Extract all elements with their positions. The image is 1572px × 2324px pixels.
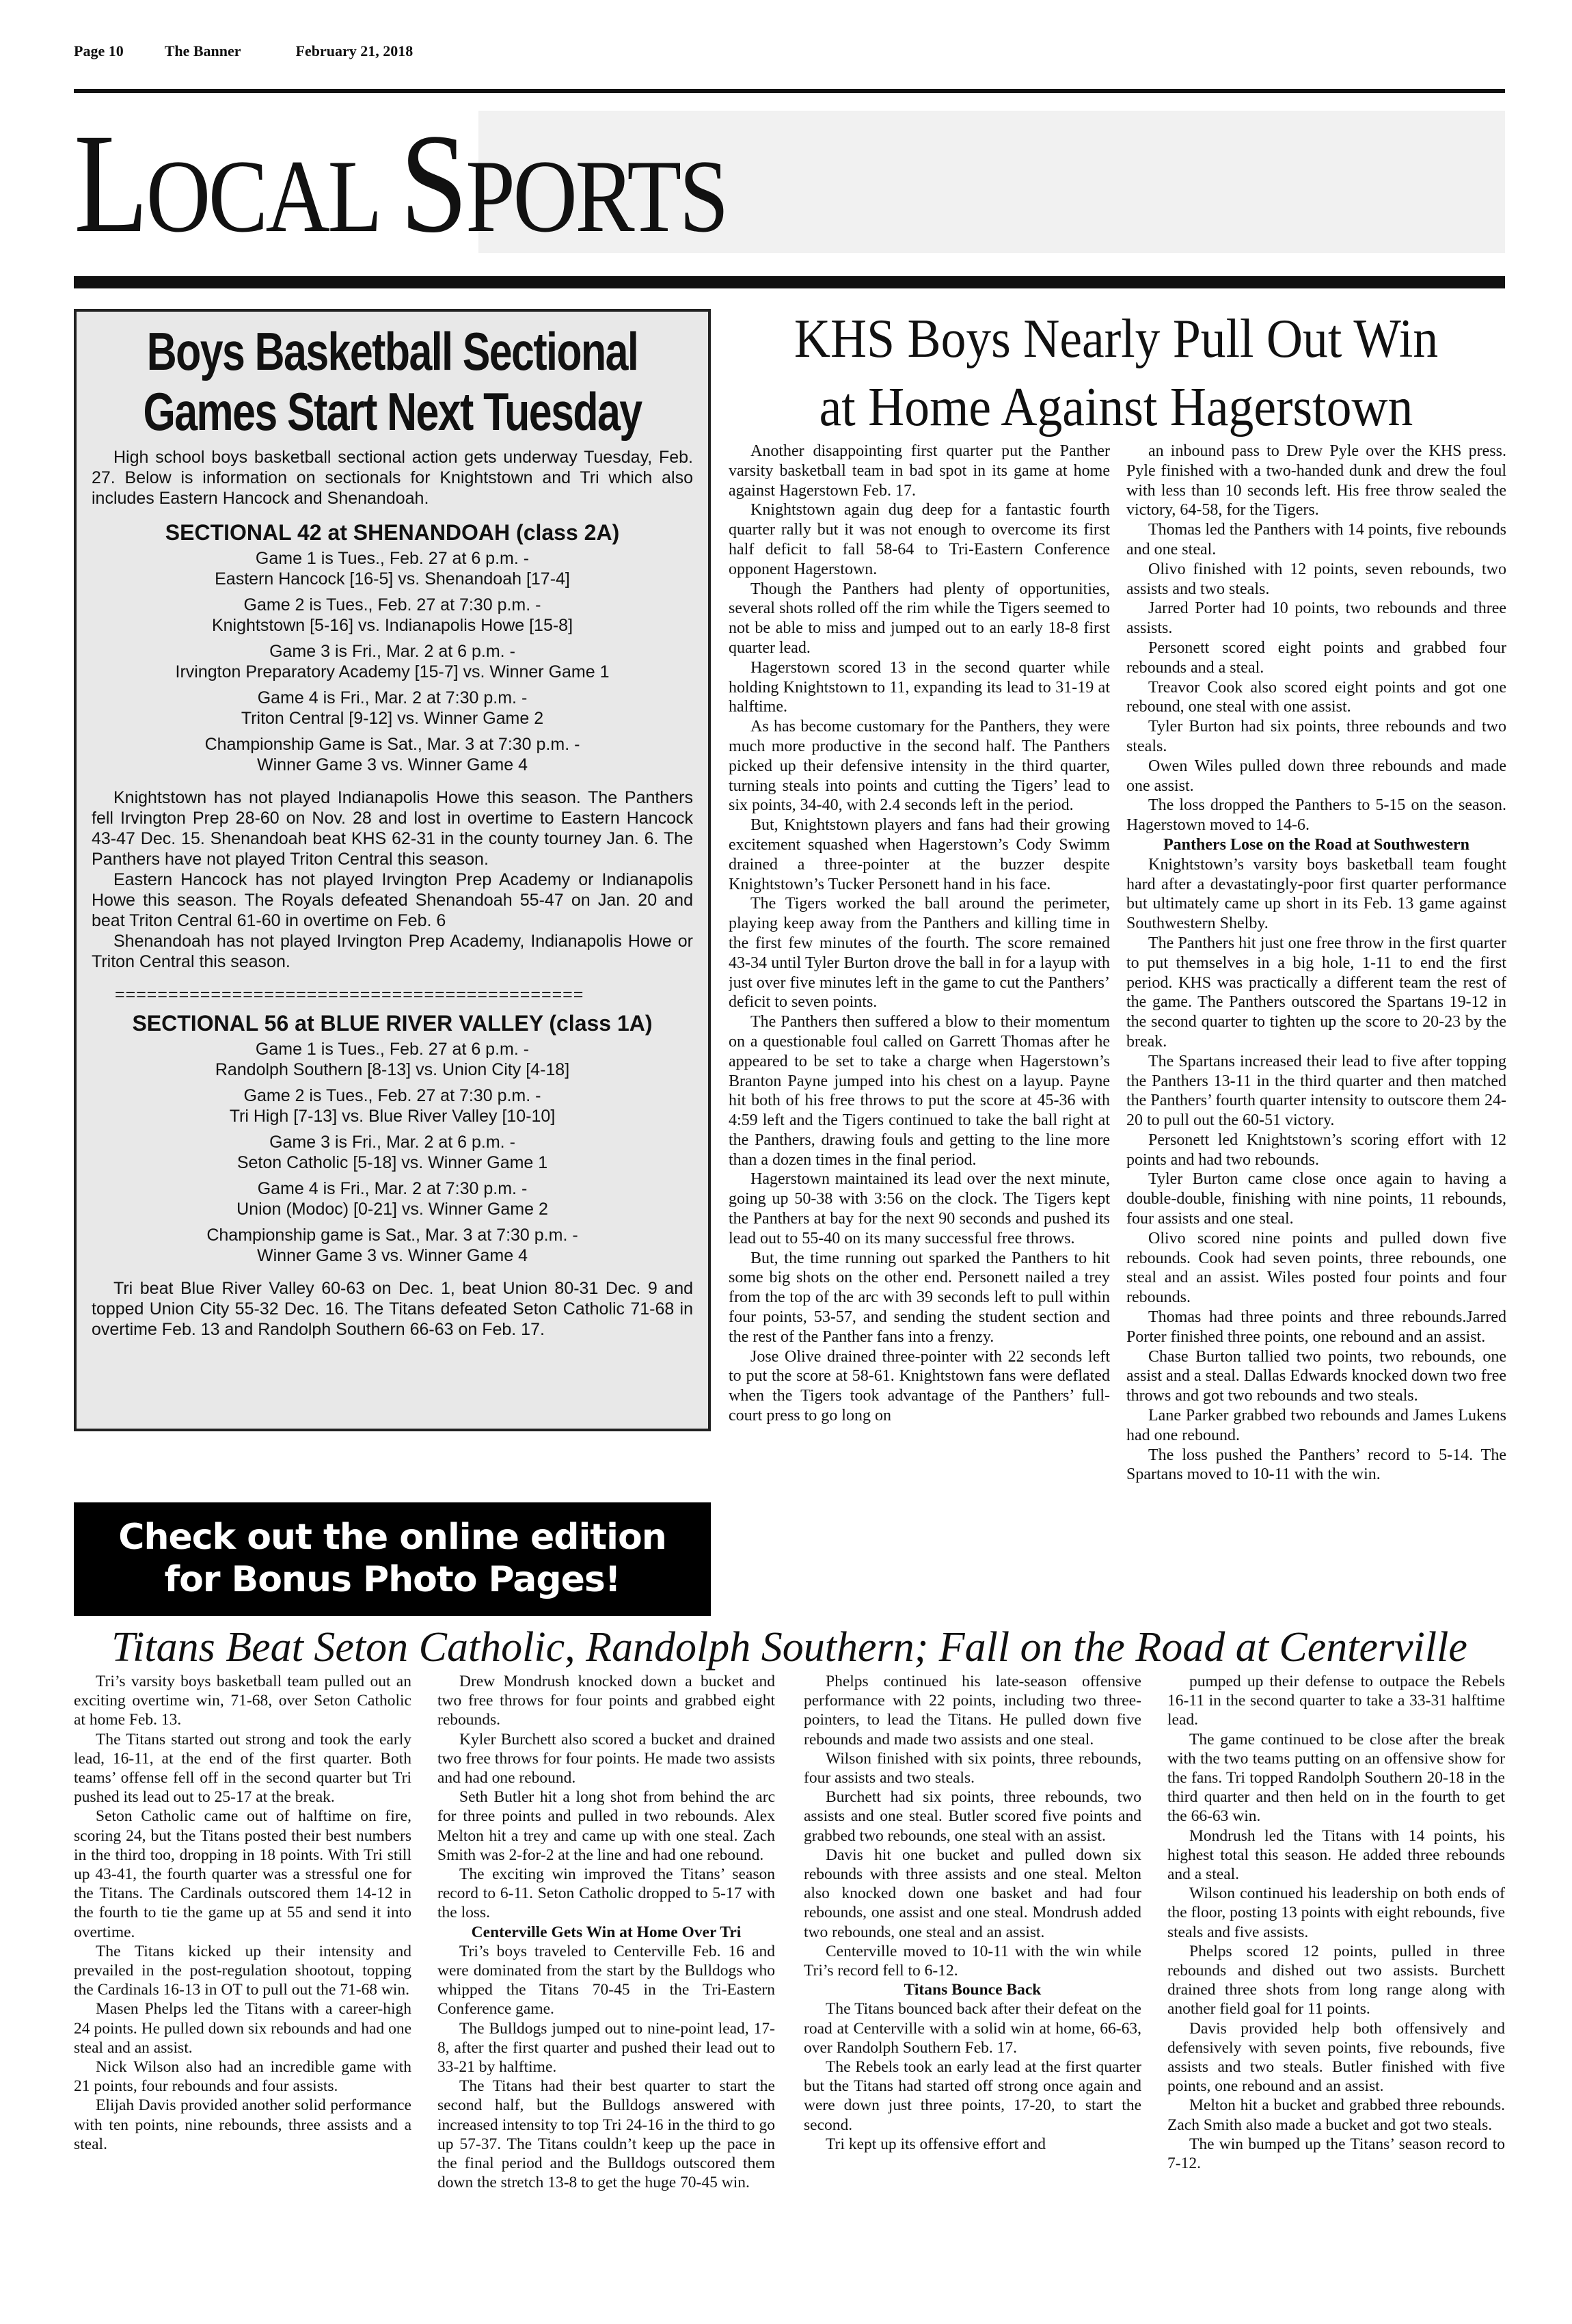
article-paragraph: Tyler Burton came close once again to ha… bbox=[1126, 1170, 1506, 1228]
issue-date: February 21, 2018 bbox=[296, 42, 414, 63]
sectional-42-games: Game 1 is Tues., Feb. 27 at 6 p.m. -East… bbox=[92, 548, 693, 775]
masthead: Page 10 The Banner February 21, 2018 bbox=[74, 42, 1505, 63]
game-listing: Championship Game is Sat., Mar. 3 at 7:3… bbox=[92, 734, 693, 775]
article-paragraph: Though the Panthers had plenty of opport… bbox=[729, 580, 1110, 658]
article-paragraph: Hagerstown scored 13 in the second quart… bbox=[729, 658, 1110, 717]
article-paragraph: Hagerstown maintained its lead over the … bbox=[729, 1170, 1110, 1248]
article-paragraph: Burchett had six points, three rebounds,… bbox=[804, 1787, 1141, 1846]
section-rule bbox=[74, 276, 1505, 288]
article-paragraph: The Rebels took an early lead at the fir… bbox=[804, 2057, 1141, 2135]
article-paragraph: Chase Burton tallied two points, two reb… bbox=[1126, 1347, 1506, 1406]
sectionals-intro: High school boys basketball sectional ac… bbox=[92, 447, 693, 509]
sectional-42-title: SECTIONAL 42 at SHENANDOAH (class 2A) bbox=[92, 522, 693, 543]
article-paragraph: The Titans had their best quarter to sta… bbox=[437, 2077, 775, 2192]
article-paragraph: The Tigers worked the ball around the pe… bbox=[729, 894, 1110, 1012]
article-paragraph: Olivo scored nine points and pulled down… bbox=[1126, 1229, 1506, 1308]
article-paragraph: Centerville moved to 10-11 with the win … bbox=[804, 1942, 1141, 1980]
page-number: Page 10 bbox=[74, 42, 124, 63]
article-paragraph: The loss pushed the Panthers’ record to … bbox=[1126, 1446, 1506, 1485]
game-listing: Game 1 is Tues., Feb. 27 at 6 p.m. -East… bbox=[92, 548, 693, 589]
article-paragraph: Olivo finished with 12 points, seven reb… bbox=[1126, 560, 1506, 599]
article-paragraph: Drew Mondrush knocked down a bucket and … bbox=[437, 1672, 775, 1730]
khs-article-column-2: an inbound pass to Drew Pyle over the KH… bbox=[1126, 442, 1506, 1610]
sectional-note: Eastern Hancock has not played Irvington… bbox=[92, 869, 693, 931]
sectional-note: Tri beat Blue River Valley 60-63 on Dec.… bbox=[92, 1278, 693, 1340]
sectionals-box: Boys Basketball Sectional Games Start Ne… bbox=[74, 309, 711, 1431]
article-paragraph: The Bulldogs jumped out to nine-point le… bbox=[437, 2019, 775, 2077]
article-paragraph: Melton hit a bucket and grabbed three re… bbox=[1167, 2096, 1505, 2134]
sectional-note: Shenandoah has not played Irvington Prep… bbox=[92, 931, 693, 972]
article-paragraph: Jarred Porter had 10 points, two rebound… bbox=[1126, 599, 1506, 638]
sectional-56-title: SECTIONAL 56 at BLUE RIVER VALLEY (class… bbox=[92, 1013, 693, 1033]
titans-subhead-centerville: Centerville Gets Win at Home Over Tri bbox=[437, 1923, 775, 1942]
titans-subhead-bounce-back: Titans Bounce Back bbox=[804, 1980, 1141, 1999]
game-listing: Game 1 is Tues., Feb. 27 at 6 p.m. -Rand… bbox=[92, 1039, 693, 1080]
article-paragraph: The Titans kicked up their intensity and… bbox=[74, 1942, 411, 2000]
game-listing: Game 3 is Fri., Mar. 2 at 6 p.m. -Seton … bbox=[92, 1132, 693, 1173]
article-paragraph: Mondrush led the Titans with 14 points, … bbox=[1167, 1826, 1505, 1884]
article-paragraph: Thomas had three points and three reboun… bbox=[1126, 1308, 1506, 1347]
article-paragraph: Seth Butler hit a long shot from behind … bbox=[437, 1787, 775, 1865]
article-paragraph: The win bumped up the Titans’ season rec… bbox=[1167, 2135, 1505, 2173]
game-listing: Championship game is Sat., Mar. 3 at 7:3… bbox=[92, 1225, 693, 1266]
article-paragraph: The Panthers then suffered a blow to the… bbox=[729, 1012, 1110, 1170]
article-paragraph: Knightstown’s varsity boys basketball te… bbox=[1126, 855, 1506, 934]
game-listing: Game 4 is Fri., Mar. 2 at 7:30 p.m. -Tri… bbox=[92, 688, 693, 729]
article-paragraph: Wilson finished with six points, three r… bbox=[804, 1749, 1141, 1787]
article-paragraph: The loss dropped the Panthers to 5-15 on… bbox=[1126, 796, 1506, 835]
game-listing: Game 2 is Tues., Feb. 27 at 7:30 p.m. -T… bbox=[92, 1085, 693, 1126]
sectional-56-games: Game 1 is Tues., Feb. 27 at 6 p.m. -Rand… bbox=[92, 1039, 693, 1266]
titans-article-column-2: Drew Mondrush knocked down a bucket and … bbox=[437, 1672, 775, 2301]
article-paragraph: The exciting win improved the Titans’ se… bbox=[437, 1865, 775, 1923]
article-paragraph: Personett scored eight points and grabbe… bbox=[1126, 638, 1506, 678]
article-paragraph: Treavor Cook also scored eight points an… bbox=[1126, 678, 1506, 718]
article-paragraph: Elijah Davis provided another solid perf… bbox=[74, 2096, 411, 2154]
article-paragraph: As has become customary for the Panthers… bbox=[729, 717, 1110, 815]
sectional-56-notes: Tri beat Blue River Valley 60-63 on Dec.… bbox=[92, 1278, 693, 1340]
article-paragraph: Davis provided help both offensively and… bbox=[1167, 2019, 1505, 2096]
article-paragraph: Knightstown again dug deep for a fantast… bbox=[729, 500, 1110, 579]
article-paragraph: Jose Olive drained three-pointer with 22… bbox=[729, 1347, 1110, 1426]
article-paragraph: Phelps scored 12 points, pulled in three… bbox=[1167, 1942, 1505, 2019]
article-paragraph: Masen Phelps led the Titans with a caree… bbox=[74, 1999, 411, 2057]
article-paragraph: Personett led Knightstown’s scoring effo… bbox=[1126, 1131, 1506, 1170]
article-paragraph: The Panthers hit just one free throw in … bbox=[1126, 934, 1506, 1052]
article-paragraph: But, Knightstown players and fans had th… bbox=[729, 815, 1110, 894]
sectional-42-notes: Knightstown has not played Indianapolis … bbox=[92, 787, 693, 972]
article-paragraph: Lane Parker grabbed two rebounds and Jam… bbox=[1126, 1406, 1506, 1446]
article-paragraph: Tri’s boys traveled to Centerville Feb. … bbox=[437, 1942, 775, 2019]
article-paragraph: Another disappointing first quarter put … bbox=[729, 442, 1110, 500]
section-title: LOCAL SPORTS bbox=[74, 115, 727, 258]
article-paragraph: Thomas led the Panthers with 14 points, … bbox=[1126, 520, 1506, 560]
article-paragraph: Kyler Burchett also scored a bucket and … bbox=[437, 1730, 775, 1788]
khs-article-column-1: Another disappointing first quarter put … bbox=[729, 442, 1110, 1610]
article-paragraph: The Titans started out strong and took t… bbox=[74, 1730, 411, 1807]
divider: ========================================… bbox=[115, 984, 693, 1005]
article-paragraph: Tri’s varsity boys basketball team pulle… bbox=[74, 1672, 411, 1730]
sectionals-headline: Boys Basketball Sectional Games Start Ne… bbox=[94, 321, 691, 442]
article-paragraph: an inbound pass to Drew Pyle over the KH… bbox=[1126, 442, 1506, 520]
khs-article-headline: KHS Boys Nearly Pull Out Win at Home Aga… bbox=[755, 305, 1478, 442]
article-paragraph: Davis hit one bucket and pulled down six… bbox=[804, 1846, 1141, 1942]
titans-article-headline: Titans Beat Seton Catholic, Randolph Sou… bbox=[74, 1621, 1505, 1673]
article-paragraph: pumped up their defense to outpace the R… bbox=[1167, 1672, 1505, 1730]
online-edition-promo[interactable]: Check out the online edition for Bonus P… bbox=[74, 1502, 711, 1616]
article-paragraph: The game continued to be close after the… bbox=[1167, 1730, 1505, 1826]
article-paragraph: Wilson continued his leadership on both … bbox=[1167, 1884, 1505, 1942]
game-listing: Game 2 is Tues., Feb. 27 at 7:30 p.m. -K… bbox=[92, 595, 693, 636]
paper-name: The Banner bbox=[165, 42, 241, 63]
article-paragraph: Tyler Burton had six points, three rebou… bbox=[1126, 717, 1506, 757]
article-paragraph: Seton Catholic came out of halftime on f… bbox=[74, 1807, 411, 1941]
titans-article-column-3: Phelps continued his late-season offensi… bbox=[804, 1672, 1141, 2301]
article-paragraph: Nick Wilson also had an incredible game … bbox=[74, 2057, 411, 2096]
article-paragraph: Tri kept up its offensive effort and bbox=[804, 2135, 1141, 2154]
titans-article-column-4: pumped up their defense to outpace the R… bbox=[1167, 1672, 1505, 2301]
article-paragraph: But, the time running out sparked the Pa… bbox=[729, 1249, 1110, 1347]
article-paragraph: The Titans bounced back after their defe… bbox=[804, 1999, 1141, 2057]
khs-subhead: Panthers Lose on the Road at Southwester… bbox=[1126, 835, 1506, 855]
titans-article-column-1: Tri’s varsity boys basketball team pulle… bbox=[74, 1672, 411, 2301]
game-listing: Game 4 is Fri., Mar. 2 at 7:30 p.m. -Uni… bbox=[92, 1178, 693, 1219]
article-paragraph: The Spartans increased their lead to fiv… bbox=[1126, 1052, 1506, 1131]
sectional-note: Knightstown has not played Indianapolis … bbox=[92, 787, 693, 869]
article-paragraph: Owen Wiles pulled down three rebounds an… bbox=[1126, 757, 1506, 796]
game-listing: Game 3 is Fri., Mar. 2 at 6 p.m. -Irving… bbox=[92, 641, 693, 682]
article-paragraph: Phelps continued his late-season offensi… bbox=[804, 1672, 1141, 1749]
top-rule bbox=[74, 89, 1505, 93]
